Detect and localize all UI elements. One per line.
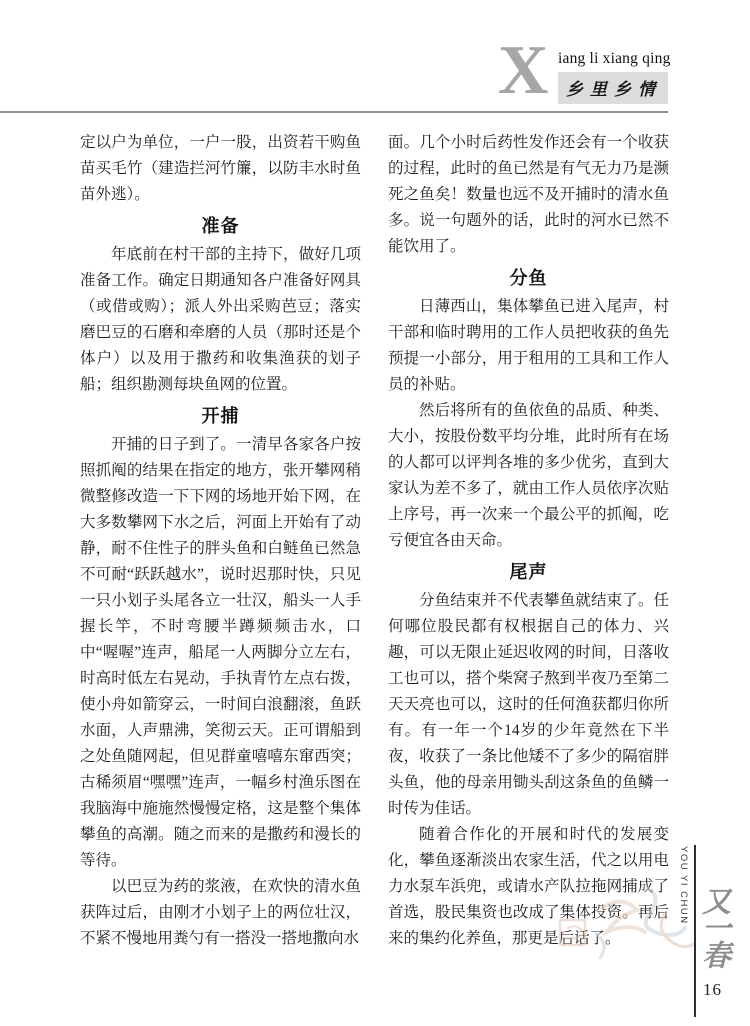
magazine-page: X iang li xiang qing 乡里乡情 定以户为单位，一户一股，出资… [0,0,750,1026]
paragraph: 面。几个小时后药性发作还会有一个收获的过程，此时的鱼已然是有气无力乃是濒死之鱼矣… [388,130,669,260]
right-text-column: 面。几个小时后药性发作还会有一个收获的过程，此时的鱼已然是有气无力乃是濒死之鱼矣… [388,130,669,952]
section-heading: 分鱼 [388,265,669,291]
column-title-pinyin: iang li xiang qing [558,50,670,67]
header-rule [0,111,668,113]
column-title-chinese: 乡里乡情 [558,72,668,104]
section-heading: 准备 [80,213,361,239]
paragraph: 定以户为单位，一户一股，出资若干购鱼苗买毛竹（建造拦河竹簾，以防丰水时鱼苗外逃）… [80,130,361,208]
masthead-titles: iang li xiang qing 乡里乡情 [558,50,670,104]
paragraph: 随着合作化的开展和时代的发展变化，攀鱼逐渐淡出农家生活，代之以用电力水泵车浜兜，… [388,822,669,952]
journal-name-calligraphy: 又一春 [698,886,730,967]
left-text-column: 定以户为单位，一户一股，出资若干购鱼苗买毛竹（建造拦河竹簾，以防丰水时鱼苗外逃）… [80,130,361,952]
paragraph: 日薄西山，集体攀鱼已进入尾声，村干部和临时聘用的工作人员把收获的鱼先预提一小部分… [388,294,669,398]
section-heading: 开捕 [80,403,361,429]
masthead-drop-cap: X [498,36,549,106]
right-margin-rule [694,845,696,1017]
journal-name-pinyin-vertical: YOU YI CHUN [678,846,689,916]
paragraph: 以巴豆为药的浆液，在欢快的清水鱼获阵过后，由刚才小划子上的两位壮汉，不紧不慢地用… [80,874,361,952]
paragraph: 开捕的日子到了。一清早各家各户按照抓阄的结果在指定的地方，张开攀网稍微整修改造一… [80,432,361,874]
masthead: X iang li xiang qing 乡里乡情 [498,48,670,106]
page-number: 16 [703,980,722,1000]
paragraph: 然后将所有的鱼依鱼的品质、种类、大小，按股份数平均分堆，此时所有在场的人都可以评… [388,398,669,554]
section-heading: 尾声 [388,559,669,585]
paragraph: 年底前在村干部的主持下，做好几项准备工作。确定日期通知各户准备好网具（或借或购）… [80,242,361,398]
paragraph: 分鱼结束并不代表攀鱼就结束了。任何哪位股民都有权根据自己的体力、兴趣，可以无限止… [388,588,669,822]
